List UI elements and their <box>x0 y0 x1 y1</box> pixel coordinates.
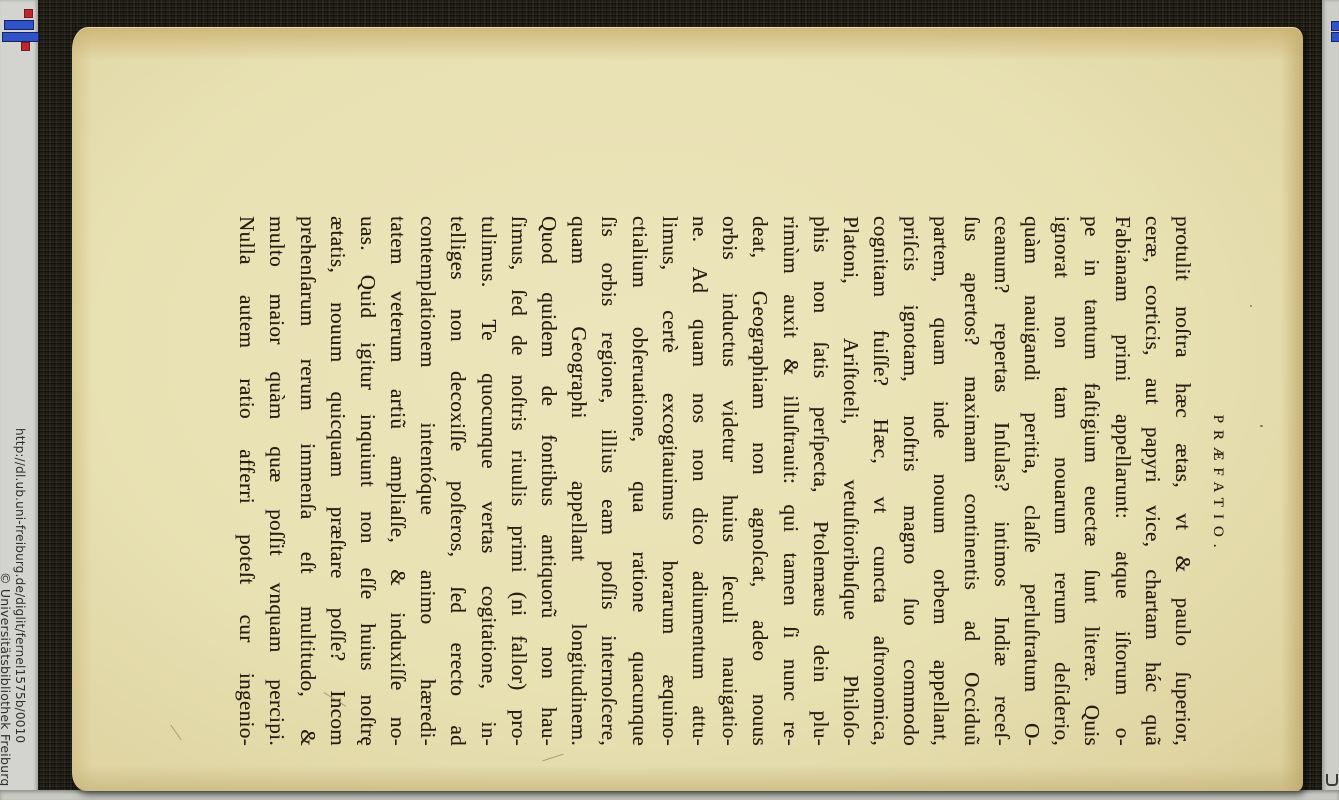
logo-red-square-icon <box>21 42 30 51</box>
text-line: Platoni, Ariſtoteli, vetuſtioribuſque Ph… <box>836 216 866 746</box>
text-line: pe in tantum faſtigium euectæ ſunt liter… <box>1077 216 1107 746</box>
cutoff-text-mark <box>1326 774 1338 786</box>
text-line: multo maior quàm quæ poſſit vnquam perci… <box>262 216 292 746</box>
text-line: uas. Quid igitur inquiunt non eſſe huius… <box>353 216 383 746</box>
text-line: contemplationem intentóque animo hæredi- <box>413 216 443 746</box>
text-line: ſis orbis regione, illius eam poſſis int… <box>594 216 624 746</box>
text-line: rimùm auxit & illuſtrauit: qui tamen ſi … <box>775 216 805 746</box>
text-line: ceanum? repertas Inſulas? intimos Indiæ … <box>987 216 1017 746</box>
text-line: quam Geographi appellant longitudinem. <box>564 216 594 746</box>
text-line: ætatis, nouum quicquam præſtare poſſe? I… <box>323 216 353 746</box>
text-line: ne. Ad quam nos non dico adiumentum attu… <box>685 216 715 746</box>
text-line: ignorat non tam nouarum rerum deſiderio, <box>1047 216 1077 746</box>
text-line: deat, Geographiam non agnoſcat, adeo nou… <box>745 216 775 746</box>
paper-speck <box>721 413 724 415</box>
text-line: ceræ, corticis, aut papyri vice, chartam… <box>1138 216 1168 746</box>
left-frame-strip: http://dl.ub.uni-freiburg.de/diglit/fern… <box>0 0 38 800</box>
paper-speck <box>1260 425 1263 427</box>
right-frame-strip <box>1322 0 1339 800</box>
text-line: prehenſarum rerum immenſa eſt multitudo,… <box>292 216 322 746</box>
paper-fiber <box>542 754 563 762</box>
bottom-frame-strip <box>0 790 1339 800</box>
text-line: orbis inductus videtur huius ſeculi naui… <box>715 216 745 746</box>
logo-blue-bar-icon <box>4 20 34 30</box>
paper-speck <box>243 403 246 406</box>
text-line: ſus apertos? maximam continentis ad Occi… <box>957 216 987 746</box>
text-line: ſimus, ſed de noſtris riuulis primi (ni … <box>504 216 534 746</box>
text-line: Fabianam primi appellarunt: atque iſtoru… <box>1107 216 1137 746</box>
paper-fiber <box>170 725 181 740</box>
text-line: tulimus. Te quocunque vertas cogitatione… <box>474 216 504 746</box>
text-line: telliges non decoxiſſe poſteros, ſed ere… <box>443 216 473 746</box>
page-title: PRÆFATIO. <box>1198 216 1238 746</box>
text-line: phis non ſatis perſpecta, Ptolemæus dein… <box>806 216 836 746</box>
text-line: ctialium obſeruatione, qua ratione quacu… <box>624 216 654 746</box>
text-line: partem, quam inde nouum orbem appellant, <box>926 216 956 746</box>
page-text-block: PRÆFATIO. protulit noſtra hæc ætas, vt &… <box>232 216 1238 746</box>
text-line: cognitam fuiſſe? Hæc, vt cuncta aſtronom… <box>866 216 896 746</box>
text-line: limus, certè excogitauimus horarum æquin… <box>655 216 685 746</box>
logo-blue-bar-icon <box>2 32 39 42</box>
book-page-scan: PRÆFATIO. protulit noſtra hæc ætas, vt &… <box>72 27 1303 791</box>
text-line: Quod quidem de fontibus antiquorũ non ha… <box>534 216 564 746</box>
copyright-text: © Universitätsbibliothek Freiburg <box>0 572 13 787</box>
ub-freiburg-logo-icon <box>0 0 38 60</box>
scan-viewport: { "frame": { "source_url": "http://dl.ub… <box>0 0 1339 800</box>
text-line: tatem veterum artiũ ampliaſſe, & induxiſ… <box>383 216 413 746</box>
paper-speck <box>1250 305 1252 307</box>
text-line: Nulla autem ratio afferri poteſt cur ing… <box>232 216 262 746</box>
source-url-text: http://dl.ub.uni-freiburg.de/diglit/fern… <box>13 428 27 743</box>
text-line: priſcis ignotam, noſtris magno ſuo commo… <box>896 216 926 746</box>
text-line: protulit noſtra hæc ætas, vt & paulo ſup… <box>1168 216 1198 746</box>
text-line: quàm nauigandi peritia, claſſe perluſtra… <box>1017 216 1047 746</box>
logo-red-square-icon <box>24 9 33 18</box>
